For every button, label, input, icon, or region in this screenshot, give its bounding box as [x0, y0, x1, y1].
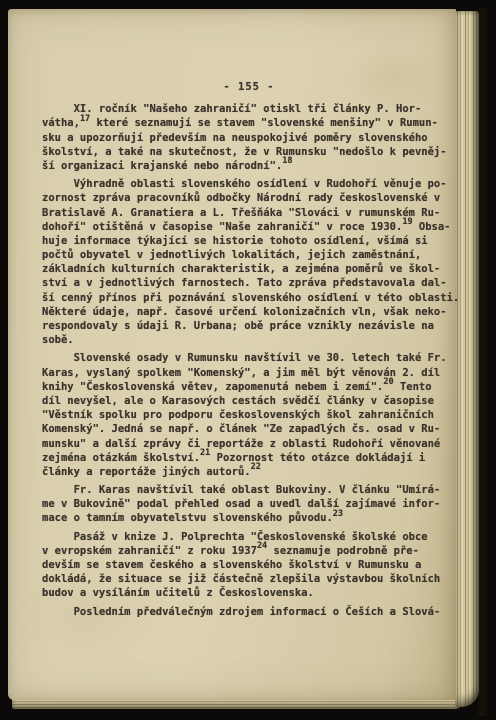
text-line: Pasáž v knize J. Polprechta "Českosloven…	[42, 530, 456, 544]
page-edges-bottom	[12, 699, 464, 709]
footnote-ref: 20	[383, 377, 393, 387]
text-line: školství, a také na skutečnost, že v Rum…	[42, 145, 456, 159]
book-scan: - 155 - XI. ročník "Našeho zahraničí" ot…	[0, 0, 496, 720]
text-line: mace o tamním obyvatelstvu slovenského p…	[42, 511, 456, 525]
text-line: základních kulturních charakteristik, a …	[42, 262, 456, 276]
text-line: ší cenný přínos při poznávání slovenskéh…	[42, 291, 456, 305]
text-line: Některé údaje, např. časové určení kolon…	[42, 305, 456, 319]
text-line: Bratislavě A. Granatiera a L. Třešňáka "…	[42, 206, 456, 220]
text-line: zornost zpráva pracovníků odbočky Národn…	[42, 191, 456, 205]
paragraph: Posledním předválečným zdrojem informací…	[42, 605, 456, 619]
text-block: XI. ročník "Našeho zahraničí" otiskl tři…	[42, 102, 456, 619]
page-number: - 155 -	[42, 80, 456, 94]
text-line: sku a upozorňují především na neuspokoji…	[42, 131, 456, 145]
text-line: vátha,17 které seznamují se stavem "slov…	[42, 116, 456, 130]
text-line: respondovaly s údaji R. Urbana; obě prác…	[42, 319, 456, 333]
text-line: články a reportáže jiných autorů.22	[42, 465, 456, 479]
text-line: Posledním předválečným zdrojem informací…	[42, 605, 456, 619]
text-line: munsku" a další zprávy či reportáže z ob…	[42, 437, 456, 451]
paragraph: Slovenské osady v Rumunsku navštívil ve …	[42, 351, 456, 479]
text-line: v evropském zahraničí" z roku 193724 sez…	[42, 544, 456, 558]
text-line: zejména otázkám školství.21 Pozornost té…	[42, 451, 456, 465]
text-line: dohoří" otištěná v časopise "Naše zahran…	[42, 220, 456, 234]
text-line: ství a v jednotlivých farnostech. Tato z…	[42, 276, 456, 290]
text-line: Slovenské osady v Rumunsku navštívil ve …	[42, 351, 456, 365]
footnote-ref: 17	[80, 114, 90, 124]
text-line: počtů obyvatel v jednotlivých lokalitách…	[42, 248, 456, 262]
paragraph: Výhradně oblasti slovenského osídlení v …	[42, 177, 456, 347]
paragraph: Pasáž v knize J. Polprechta "Českosloven…	[42, 530, 456, 601]
paragraph: Fr. Karas navštívil také oblast Bukoviny…	[42, 483, 456, 526]
text-line: ší organizaci krajanské nebo národní".18	[42, 159, 456, 173]
text-line: Komenský". Jedná se např. o článek "Ze z…	[42, 422, 456, 436]
footnote-ref: 23	[333, 509, 343, 519]
text-line: me v Bukovině" podal přehled osad a uved…	[42, 497, 456, 511]
text-line: devším se stavem českého a slovenského š…	[42, 558, 456, 572]
footnote-ref: 19	[402, 217, 412, 227]
text-line: Fr. Karas navštívil také oblast Bukoviny…	[42, 483, 456, 497]
text-line: dokládá, že situace se již částečně zlep…	[42, 572, 456, 586]
page-edges-right	[455, 11, 479, 707]
footnote-ref: 24	[257, 541, 267, 551]
footnote-ref: 22	[251, 462, 261, 472]
text-line: Výhradně oblasti slovenského osídlení v …	[42, 177, 456, 191]
text-line: "Věstník spolku pro podporu českoslovens…	[42, 408, 456, 422]
text-line: budov a vysíláním učitelů z Českoslovens…	[42, 586, 456, 600]
text-line: huje informace týkající se historie toho…	[42, 234, 456, 248]
book-page: - 155 - XI. ročník "Našeho zahraničí" ot…	[8, 9, 456, 700]
text-line: knihy "Československá větev, zapomenutá …	[42, 380, 456, 394]
text-line: XI. ročník "Našeho zahraničí" otiskl tři…	[42, 102, 456, 116]
page-content: - 155 - XI. ročník "Našeho zahraničí" ot…	[42, 80, 456, 619]
footnote-ref: 18	[282, 156, 292, 166]
text-line: sobě.	[42, 333, 456, 347]
text-line: díl nevyšel, ale o Karasových cestách sv…	[42, 394, 456, 408]
paragraph: XI. ročník "Našeho zahraničí" otiskl tři…	[42, 102, 456, 173]
footnote-ref: 21	[200, 448, 210, 458]
